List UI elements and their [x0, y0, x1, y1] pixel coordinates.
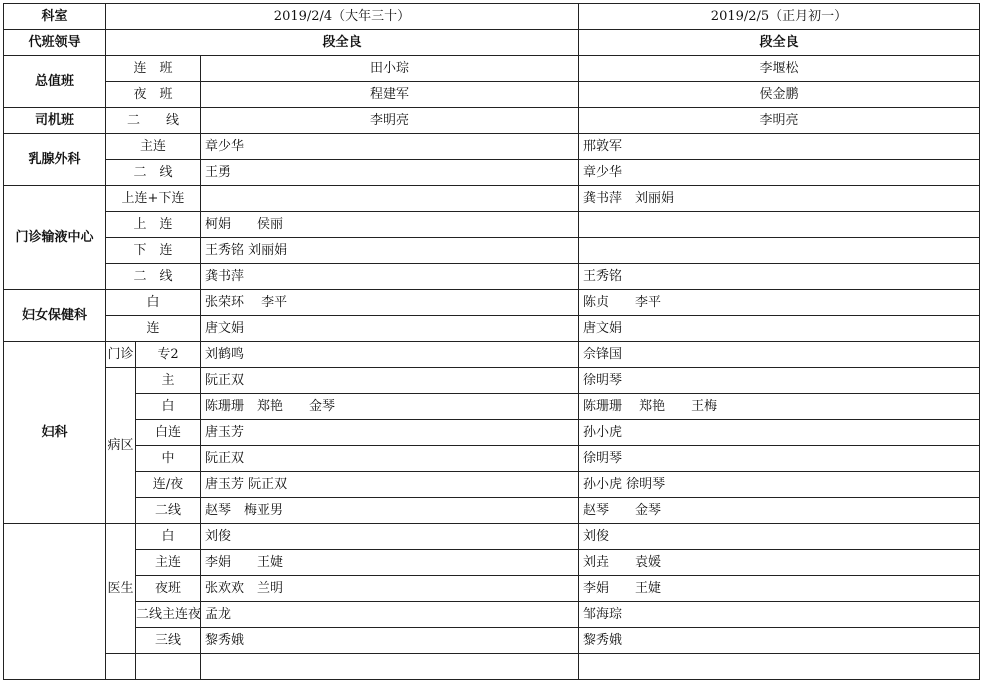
day1-cell: 程建军	[201, 82, 579, 108]
table-row: 上 连 柯娟 侯丽	[4, 212, 980, 238]
shift-label: 主连	[106, 134, 201, 160]
day1-cell: 赵琴 梅亚男	[201, 498, 579, 524]
table-row: 妇科 门诊 专2 刘鹤鸣 佘锋国	[4, 342, 980, 368]
shift-label: 二线主连夜	[136, 602, 201, 628]
day1-cell: 陈珊珊 郑艳 金琴	[201, 394, 579, 420]
day2-cell: 孙小虎	[579, 420, 980, 446]
day1-cell: 张欢欢 兰明	[201, 576, 579, 602]
dept-outpatient-infusion: 门诊输液中心	[4, 186, 106, 290]
day1-cell: 王秀铭 刘丽娟	[201, 238, 579, 264]
day2-cell: 徐明琴	[579, 368, 980, 394]
shift-label: 夜 班	[106, 82, 201, 108]
day2-cell: 李堰松	[579, 56, 980, 82]
shift-label: 专2	[136, 342, 201, 368]
table-row: 门诊输液中心 上连+下连 龚书萍 刘丽娟	[4, 186, 980, 212]
day1-cell: 王勇	[201, 160, 579, 186]
dept-header: 科室	[4, 4, 106, 30]
day2-cell: 刘垚 袁媛	[579, 550, 980, 576]
table-row: 主连 李娟 王婕 刘垚 袁媛	[4, 550, 980, 576]
day1-cell: 李明亮	[201, 108, 579, 134]
day1-cell: 刘俊	[201, 524, 579, 550]
table-row: 病区 主 阮正双 徐明琴	[4, 368, 980, 394]
day2-cell: 龚书萍 刘丽娟	[579, 186, 980, 212]
day2-cell-empty	[579, 654, 980, 680]
shift-label: 二 线	[106, 160, 201, 186]
table-row: 乳腺外科 主连 章少华 邢敦军	[4, 134, 980, 160]
table-row: 妇女保健科 白 张荣环 李平 陈贞 李平	[4, 290, 980, 316]
day1-cell: 柯娟 侯丽	[201, 212, 579, 238]
day1-cell: 唐文娟	[201, 316, 579, 342]
day1-cell-empty	[201, 654, 579, 680]
date1-header: 2019/2/4（大年三十）	[106, 4, 579, 30]
day2-cell: 黎秀娥	[579, 628, 980, 654]
day2-cell: 王秀铭	[579, 264, 980, 290]
day2-cell: 李明亮	[579, 108, 980, 134]
table-row: 连/夜 唐玉芳 阮正双 孙小虎 徐明琴	[4, 472, 980, 498]
shift-label: 中	[136, 446, 201, 472]
shift-label: 白	[136, 394, 201, 420]
table-row: 二线主连夜 孟龙 邹海琮	[4, 602, 980, 628]
shift-label: 连 班	[106, 56, 201, 82]
table-row: 白连 唐玉芳 孙小虎	[4, 420, 980, 446]
table-row: 连 唐文娟 唐文娟	[4, 316, 980, 342]
shift-label: 二线	[136, 498, 201, 524]
table-row: 二线 赵琴 梅亚男 赵琴 金琴	[4, 498, 980, 524]
day1-cell: 黎秀娥	[201, 628, 579, 654]
dept-drivers: 司机班	[4, 108, 106, 134]
dept-next	[4, 524, 106, 680]
day1-cell: 阮正双	[201, 368, 579, 394]
shift-label: 连	[106, 316, 201, 342]
shift-label: 三线	[136, 628, 201, 654]
day2-cell: 李娟 王婕	[579, 576, 980, 602]
day1-cell: 阮正双	[201, 446, 579, 472]
table-row: 二 线 龚书萍 王秀铭	[4, 264, 980, 290]
dept-womens-health: 妇女保健科	[4, 290, 106, 342]
table-row: 司机班 二 线 李明亮 李明亮	[4, 108, 980, 134]
group-cell-empty	[106, 654, 136, 680]
table-row: 总值班 连 班 田小琮 李堰松	[4, 56, 980, 82]
leader-label: 代班领导	[4, 30, 106, 56]
day1-cell: 孟龙	[201, 602, 579, 628]
day2-cell: 章少华	[579, 160, 980, 186]
table-row: 下 连 王秀铭 刘丽娟	[4, 238, 980, 264]
day2-cell: 邢敦军	[579, 134, 980, 160]
day1-cell: 李娟 王婕	[201, 550, 579, 576]
table-row: 中 阮正双 徐明琴	[4, 446, 980, 472]
leader-row: 代班领导 段全良 段全良	[4, 30, 980, 56]
day2-cell: 侯金鹏	[579, 82, 980, 108]
day2-cell: 邹海琮	[579, 602, 980, 628]
day2-cell: 赵琴 金琴	[579, 498, 980, 524]
day1-cell	[201, 186, 579, 212]
shift-label: 白	[136, 524, 201, 550]
group-doctors: 医生	[106, 524, 136, 654]
shift-cell-empty	[136, 654, 201, 680]
shift-label: 连/夜	[136, 472, 201, 498]
shift-label: 二 线	[106, 108, 201, 134]
day2-cell: 徐明琴	[579, 446, 980, 472]
table-row: 二 线 王勇 章少华	[4, 160, 980, 186]
table-row: 夜 班 程建军 侯金鹏	[4, 82, 980, 108]
shift-label: 上连+下连	[106, 186, 201, 212]
shift-label: 夜班	[136, 576, 201, 602]
shift-label: 白连	[136, 420, 201, 446]
shift-label: 下 连	[106, 238, 201, 264]
day1-cell: 唐玉芳 阮正双	[201, 472, 579, 498]
day2-cell: 陈贞 李平	[579, 290, 980, 316]
table-row-partial	[4, 654, 980, 680]
day2-cell: 刘俊	[579, 524, 980, 550]
day1-cell: 龚书萍	[201, 264, 579, 290]
table-row: 三线 黎秀娥 黎秀娥	[4, 628, 980, 654]
dept-general-duty: 总值班	[4, 56, 106, 108]
date2-header: 2019/2/5（正月初一）	[579, 4, 980, 30]
leader-day2: 段全良	[579, 30, 980, 56]
day2-cell: 孙小虎 徐明琴	[579, 472, 980, 498]
shift-label: 白	[106, 290, 201, 316]
shift-label: 主	[136, 368, 201, 394]
shift-label: 二 线	[106, 264, 201, 290]
day2-cell: 佘锋国	[579, 342, 980, 368]
table-row: 白 陈珊珊 郑艳 金琴 陈珊珊 郑艳 王梅	[4, 394, 980, 420]
duty-roster-table: 科室 2019/2/4（大年三十） 2019/2/5（正月初一） 代班领导 段全…	[3, 3, 980, 680]
dept-breast-surgery: 乳腺外科	[4, 134, 106, 186]
leader-day1: 段全良	[106, 30, 579, 56]
day1-cell: 章少华	[201, 134, 579, 160]
shift-label: 上 连	[106, 212, 201, 238]
day1-cell: 田小琮	[201, 56, 579, 82]
day1-cell: 刘鹤鸣	[201, 342, 579, 368]
day1-cell: 张荣环 李平	[201, 290, 579, 316]
day2-cell: 陈珊珊 郑艳 王梅	[579, 394, 980, 420]
shift-label: 主连	[136, 550, 201, 576]
dept-gynecology: 妇科	[4, 342, 106, 524]
day2-cell	[579, 212, 980, 238]
day1-cell: 唐玉芳	[201, 420, 579, 446]
day2-cell	[579, 238, 980, 264]
header-row: 科室 2019/2/4（大年三十） 2019/2/5（正月初一）	[4, 4, 980, 30]
day2-cell: 唐文娟	[579, 316, 980, 342]
table-row: 夜班 张欢欢 兰明 李娟 王婕	[4, 576, 980, 602]
table-row: 医生 白 刘俊 刘俊	[4, 524, 980, 550]
group-ward: 病区	[106, 368, 136, 524]
group-outpatient: 门诊	[106, 342, 136, 368]
